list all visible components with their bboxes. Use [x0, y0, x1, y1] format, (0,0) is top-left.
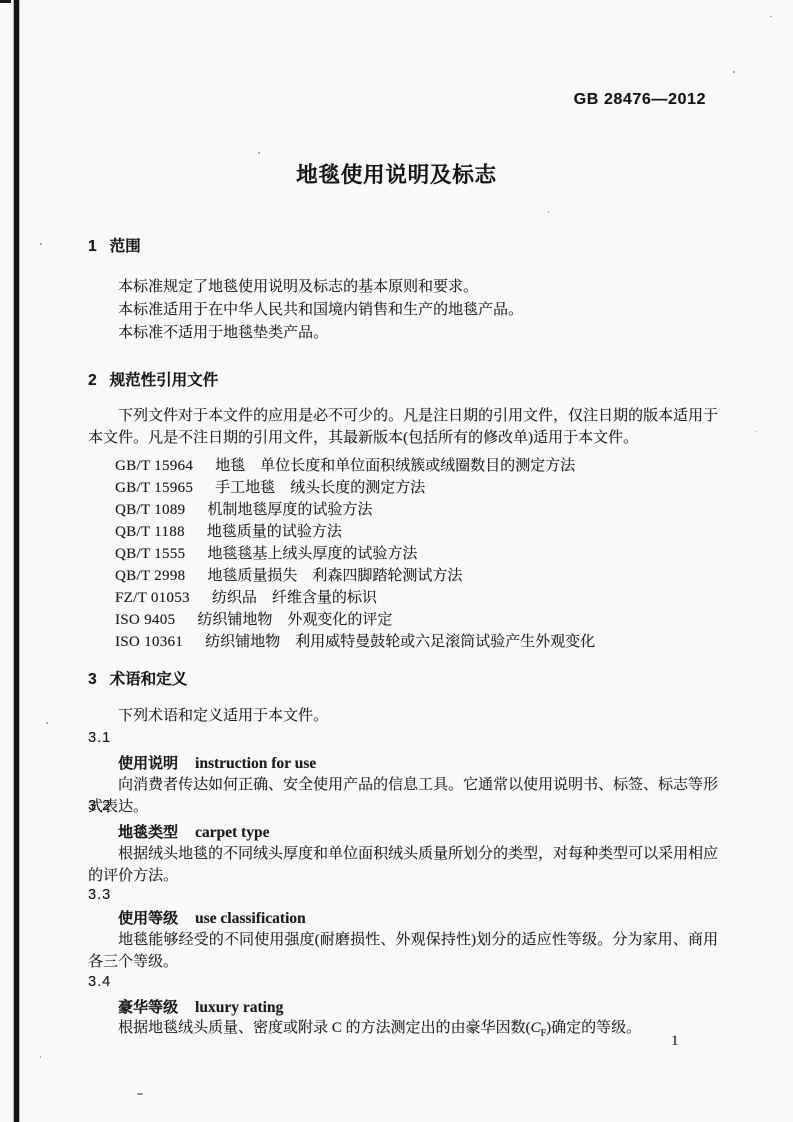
- reference-code: GB/T 15964: [115, 455, 193, 477]
- reference-code: QB/T 2998: [115, 565, 185, 587]
- paragraph: 本标准适用于在中华人民共和国境内销售和生产的地毯产品。: [88, 299, 718, 322]
- term-en-label: carpet type: [195, 824, 269, 842]
- definition-suffix: )确定的等级。: [546, 1020, 641, 1036]
- scan-speckle: [40, 243, 42, 245]
- reference-item: QB/T 1188 地毯质量的试验方法: [115, 521, 725, 543]
- page-number: 1: [671, 1033, 679, 1050]
- scan-speckle: [40, 1056, 41, 1058]
- paragraph: 本标准不适用于地毯垫类产品。: [88, 322, 718, 345]
- term-en-label: luxury rating: [195, 999, 283, 1017]
- scan-speckle: [548, 211, 549, 213]
- term-3-4-definition: 根据地毯绒头质量、密度或附录 C 的方法测定出的由豪华因数(CF)确定的等级。: [88, 1017, 718, 1045]
- section-2-heading: 2 规范性引用文件: [88, 368, 718, 390]
- term-3-4-number: 3.4: [88, 974, 718, 990]
- scan-speckle: [46, 722, 48, 724]
- section-1-number: 1: [88, 238, 97, 256]
- paragraph: 本标准规定了地毯使用说明及标志的基本原则和要求。: [88, 276, 718, 299]
- reference-code: ISO 9405: [115, 609, 175, 631]
- reference-title: 纺织铺地物 外观变化的评定: [197, 609, 392, 631]
- section-3-intro: 下列术语和定义适用于本文件。: [88, 705, 718, 727]
- term-3-3-number: 3.3: [88, 887, 718, 903]
- reference-item: ISO 9405 纺织铺地物 外观变化的评定: [115, 609, 725, 631]
- section-1-title: 范围: [110, 234, 141, 256]
- term-3-1-title: 使用说明 instruction for use: [88, 752, 748, 773]
- reference-code: QB/T 1188: [115, 521, 185, 543]
- scan-corner-mark: [0, 0, 11, 3]
- term-en-label: use classification: [195, 910, 306, 928]
- reference-title: 地毯质量的试验方法: [207, 521, 342, 543]
- paragraph: 根据绒头地毯的不同绒头厚度和单位面积绒头质量所划分的类型，对每种类型可以采用相应…: [88, 843, 718, 887]
- luxury-factor-variable: C: [531, 1020, 541, 1036]
- reference-title: 地毯质量损失 利森四脚踏轮测试方法: [207, 565, 462, 587]
- section-2-number: 2: [88, 372, 97, 390]
- reference-code: ISO 10361: [115, 631, 183, 653]
- paragraph: 地毯能够经受的不同使用强度(耐磨损性、外观保持性)划分的适应性等级。分为家用、商…: [88, 929, 718, 973]
- standard-code: GB 28476—2012: [556, 91, 706, 109]
- reference-code: QB/T 1555: [115, 543, 185, 565]
- paragraph: 根据地毯绒头质量、密度或附录 C 的方法测定出的由豪华因数(CF)确定的等级。: [88, 1017, 718, 1045]
- term-zh-label: 使用等级: [118, 907, 178, 928]
- term-3-3-title: 使用等级 use classification: [88, 907, 748, 928]
- scan-speckle: [137, 1093, 143, 1095]
- reference-item: QB/T 2998 地毯质量损失 利森四脚踏轮测试方法: [115, 565, 725, 587]
- reference-title: 纺织品 纤维含量的标识: [212, 587, 377, 609]
- term-3-2-number: 3.2: [88, 798, 718, 814]
- reference-code: GB/T 15965: [115, 477, 193, 499]
- reference-item: GB/T 15965 手工地毯 绒头长度的测定方法: [115, 477, 725, 499]
- scan-speckle: [258, 152, 260, 154]
- reference-item: QB/T 1555 地毯毯基上绒头厚度的试验方法: [115, 543, 725, 565]
- reference-item: ISO 10361 纺织铺地物 利用威特曼鼓轮或六足滚筒试验产生外观变化: [115, 631, 725, 653]
- section-1-heading: 1 范围: [88, 234, 718, 256]
- reference-item: GB/T 15964 地毯 单位长度和单位面积绒簇或绒圈数目的测定方法: [115, 455, 725, 477]
- term-3-2-definition: 根据绒头地毯的不同绒头厚度和单位面积绒头质量所划分的类型，对每种类型可以采用相应…: [88, 843, 718, 887]
- reference-title: 机制地毯厚度的试验方法: [207, 499, 372, 521]
- reference-title: 地毯毯基上绒头厚度的试验方法: [207, 543, 417, 565]
- reference-item: QB/T 1089 机制地毯厚度的试验方法: [115, 499, 725, 521]
- section-3-heading: 3 术语和定义: [88, 667, 718, 689]
- section-3-number: 3: [88, 671, 97, 689]
- term-zh-label: 使用说明: [118, 752, 178, 773]
- section-2-body: 下列文件对于本文件的应用是必不可少的。凡是注日期的引用文件，仅注日期的版本适用于…: [88, 405, 718, 449]
- scan-speckle: [770, 16, 772, 17]
- term-en-label: instruction for use: [195, 755, 316, 773]
- scan-speckle: [733, 71, 735, 73]
- reference-item: FZ/T 01053 纺织品 纤维含量的标识: [115, 587, 725, 609]
- document-title: 地毯使用说明及标志: [0, 158, 793, 189]
- section-1-body: 本标准规定了地毯使用说明及标志的基本原则和要求。 本标准适用于在中华人民共和国境…: [88, 276, 718, 345]
- reference-title: 纺织铺地物 利用威特曼鼓轮或六足滚筒试验产生外观变化: [205, 631, 595, 653]
- paragraph: 下列术语和定义适用于本文件。: [88, 705, 718, 727]
- section-3-title: 术语和定义: [110, 667, 188, 689]
- definition-prefix: 根据地毯绒头质量、密度或附录 C 的方法测定出的由豪华因数(: [118, 1020, 531, 1036]
- term-3-4-title: 豪华等级 luxury rating: [88, 996, 748, 1017]
- scan-speckle: [756, 431, 757, 432]
- references-list: GB/T 15964 地毯 单位长度和单位面积绒簇或绒圈数目的测定方法 GB/T…: [115, 455, 725, 653]
- paragraph: 下列文件对于本文件的应用是必不可少的。凡是注日期的引用文件，仅注日期的版本适用于…: [88, 405, 718, 449]
- reference-title: 地毯 单位长度和单位面积绒簇或绒圈数目的测定方法: [215, 455, 575, 477]
- section-2-title: 规范性引用文件: [110, 368, 219, 390]
- term-3-2-title: 地毯类型 carpet type: [88, 821, 748, 842]
- term-zh-label: 地毯类型: [118, 821, 178, 842]
- reference-title: 手工地毯 绒头长度的测定方法: [215, 477, 425, 499]
- term-zh-label: 豪华等级: [118, 996, 178, 1017]
- reference-code: QB/T 1089: [115, 499, 185, 521]
- reference-code: FZ/T 01053: [115, 587, 190, 609]
- term-3-3-definition: 地毯能够经受的不同使用强度(耐磨损性、外观保持性)划分的适应性等级。分为家用、商…: [88, 929, 718, 973]
- term-3-1-number: 3.1: [88, 730, 718, 746]
